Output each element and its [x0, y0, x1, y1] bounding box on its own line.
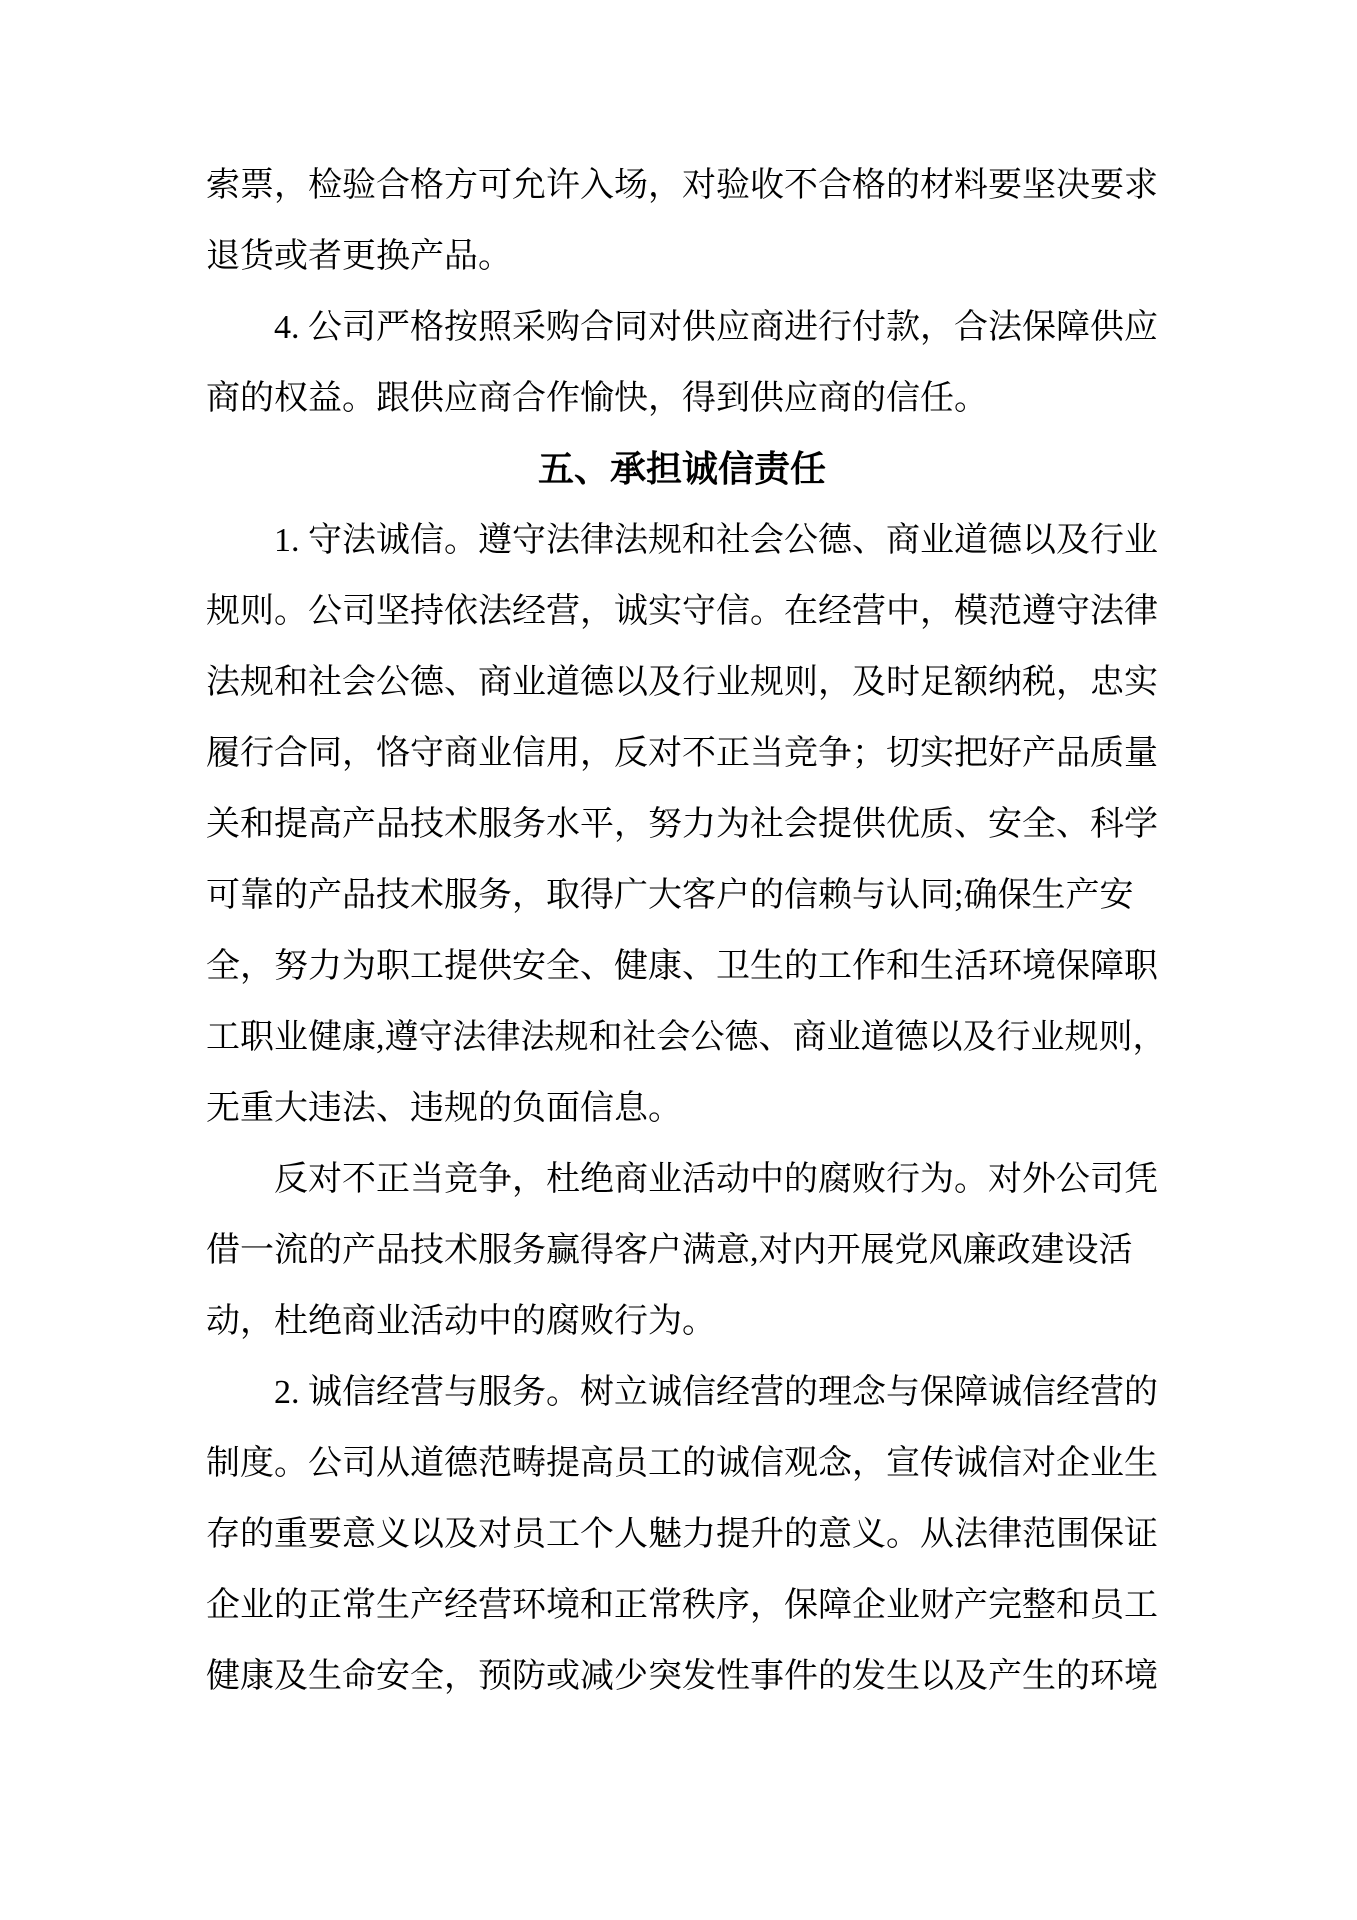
- text-line: 企业的正常生产经营环境和正常秩序，保障企业财产完整和员工: [206, 1570, 1158, 1641]
- text-line: 法规和社会公德、商业道德以及行业规则，及时足额纳税，忠实: [206, 647, 1158, 718]
- text-line: 全，努力为职工提供安全、健康、卫生的工作和生活环境保障职: [206, 931, 1158, 1002]
- text-line: 关和提高产品技术服务水平，努力为社会提供优质、安全、科学: [206, 789, 1158, 860]
- text-line: 无重大违法、违规的负面信息。: [206, 1073, 1158, 1144]
- text-line: 存的重要意义以及对员工个人魅力提升的意义。从法律范围保证: [206, 1499, 1158, 1570]
- text-line: 动，杜绝商业活动中的腐败行为。: [206, 1286, 1158, 1357]
- text-line: 借一流的产品技术服务赢得客户满意,对内开展党风廉政建设活: [206, 1215, 1158, 1286]
- text-line: 工职业健康,遵守法律法规和社会公德、商业道德以及行业规则，: [206, 1002, 1158, 1073]
- document-page: 索票，检验合格方可允许入场，对验收不合格的材料要坚决要求退货或者更换产品。4. …: [0, 0, 1357, 1920]
- document-text: 索票，检验合格方可允许入场，对验收不合格的材料要坚决要求退货或者更换产品。4. …: [206, 150, 1158, 1712]
- text-line: 索票，检验合格方可允许入场，对验收不合格的材料要坚决要求: [206, 150, 1158, 221]
- text-line: 2. 诚信经营与服务。树立诚信经营的理念与保障诚信经营的: [206, 1357, 1158, 1428]
- text-line: 1. 守法诚信。遵守法律法规和社会公德、商业道德以及行业: [206, 505, 1158, 576]
- text-line: 规则。公司坚持依法经营，诚实守信。在经营中，模范遵守法律: [206, 576, 1158, 647]
- text-line: 反对不正当竞争，杜绝商业活动中的腐败行为。对外公司凭: [206, 1144, 1158, 1215]
- text-line: 制度。公司从道德范畴提高员工的诚信观念，宣传诚信对企业生: [206, 1428, 1158, 1499]
- text-line: 健康及生命安全，预防或减少突发性事件的发生以及产生的环境: [206, 1641, 1158, 1712]
- text-line: 可靠的产品技术服务，取得广大客户的信赖与认同;确保生产安: [206, 860, 1158, 931]
- text-line: 商的权益。跟供应商合作愉快，得到供应商的信任。: [206, 363, 1158, 434]
- section-heading: 五、承担诚信责任: [206, 434, 1158, 505]
- text-line: 履行合同，恪守商业信用，反对不正当竞争；切实把好产品质量: [206, 718, 1158, 789]
- text-line: 退货或者更换产品。: [206, 221, 1158, 292]
- text-line: 4. 公司严格按照采购合同对供应商进行付款，合法保障供应: [206, 292, 1158, 363]
